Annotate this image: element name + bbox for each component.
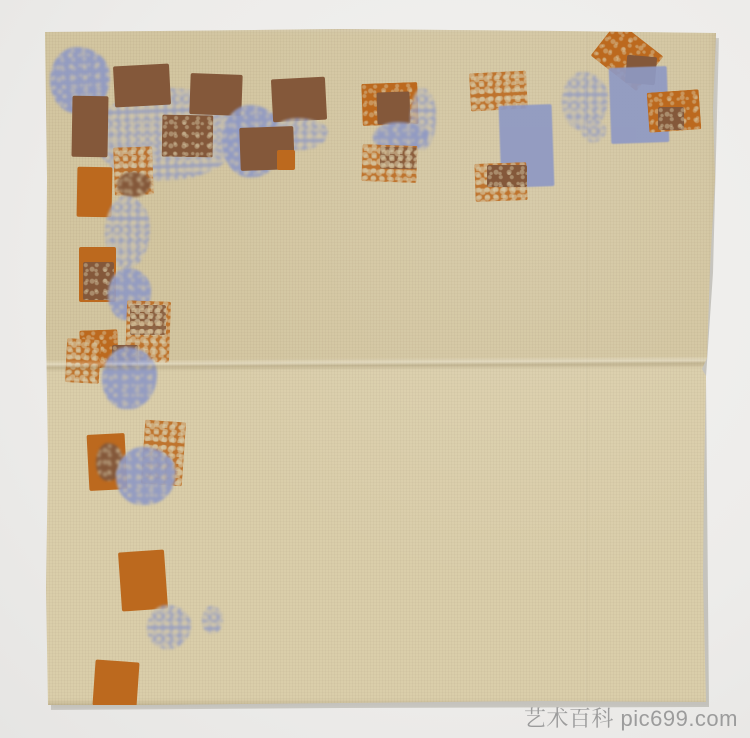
- paint-stamp-orange: [92, 660, 139, 709]
- paint-stamp-brown: [162, 115, 214, 158]
- paint-stamp-brown: [71, 96, 108, 158]
- paint-stamp-orange: [118, 549, 168, 611]
- paint-stamp-brown: [380, 147, 417, 170]
- paint-stamp-orange: [77, 167, 113, 218]
- paint-stamp-blue: [147, 605, 191, 649]
- paint-stamp-brown: [113, 64, 171, 108]
- paint-stamp-orange: [65, 338, 101, 384]
- paint-stamp-brown: [376, 91, 410, 124]
- paint-stamp-blue: [102, 347, 157, 409]
- paint-stamp-orange: [277, 150, 295, 170]
- paint-stamp-blue: [116, 447, 176, 505]
- watermark-text: 艺术百科 pic699.com: [524, 702, 738, 733]
- paint-stamp-blue: [582, 120, 606, 142]
- paint-stamp-blue: [202, 606, 223, 634]
- paint-stamp-brown: [271, 77, 327, 123]
- stamp-layer: [40, 28, 720, 708]
- canvas-fabric: [40, 28, 720, 708]
- paint-stamp-brown: [658, 107, 684, 130]
- paint-stamp-brown: [487, 165, 527, 187]
- artwork-photo: 艺术百科 pic699.com: [0, 0, 750, 738]
- paint-stamp-brown: [130, 305, 166, 335]
